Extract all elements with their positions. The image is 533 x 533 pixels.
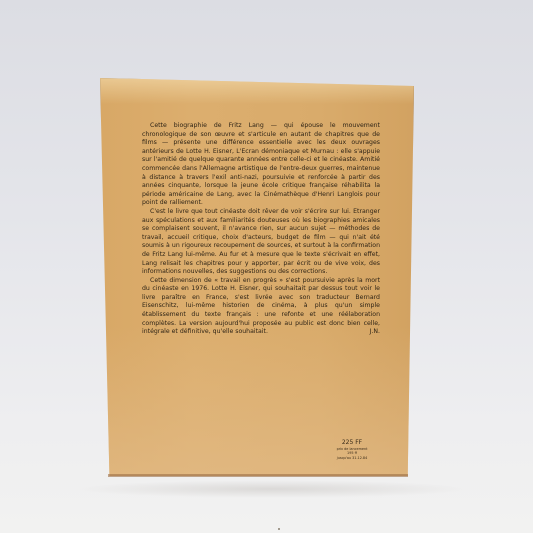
blurb-paragraph-2: C'est le livre que tout cinéaste doit rê… [142,208,380,277]
dust-speck [278,528,280,530]
price-detail-3: jusqu'au 31.12.84 [322,456,382,460]
price: 225 FF [322,439,382,447]
book-bottom-edge [108,474,408,477]
author-signature: J.N. [362,328,380,337]
price-block: 225 FF prix de lancement 195 ff jusqu'au… [322,439,382,460]
book-shadow [72,480,472,498]
blurb-text: Cette biographie de Fritz Lang — qui épo… [142,122,380,337]
book-back-cover: Cette biographie de Fritz Lang — qui épo… [100,78,414,476]
blurb-paragraph-1: Cette biographie de Fritz Lang — qui épo… [142,122,380,208]
blurb-paragraph-3: Cette dimension de « travail en progrès … [142,277,380,337]
